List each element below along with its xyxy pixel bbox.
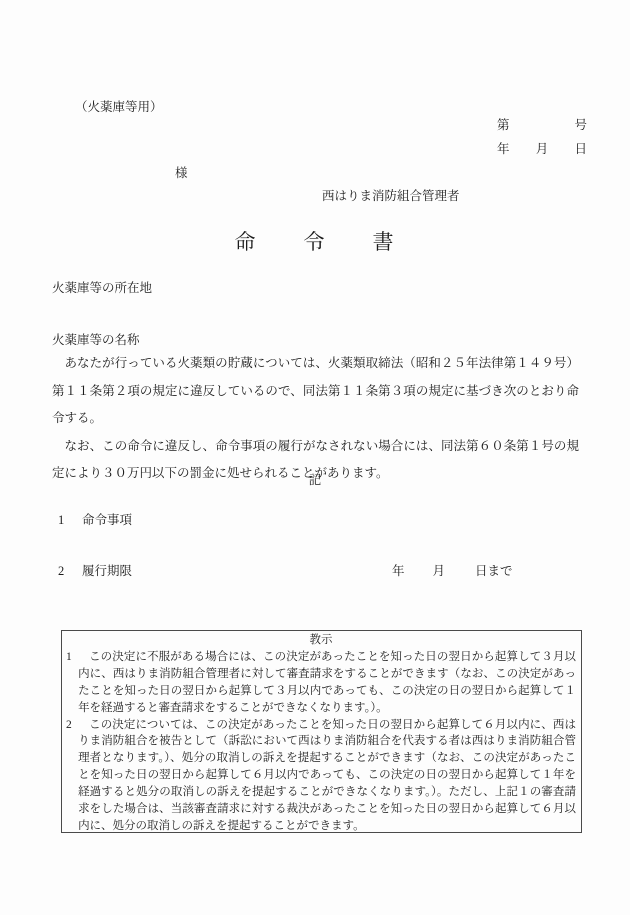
- kyoji-item-1-text: この決定に不服がある場合には、この決定があったことを知った日の翌日から起算して３…: [78, 651, 576, 714]
- order-item-2-number: 2: [58, 564, 82, 579]
- kyoji-instruction-box: 教示 1この決定に不服がある場合には、この決定があったことを知った日の翌日から起…: [61, 630, 582, 833]
- document-title: 命 令 書: [0, 226, 630, 256]
- order-document-page: （火薬庫等用） 第 号 年 月 日 様 西はりま消防組合管理者 命 令 書 火薬…: [0, 0, 630, 915]
- kyoji-item-2-text: この決定については、この決定があったことを知った日の翌日から起算して６月以内に、…: [78, 719, 576, 832]
- issue-date-day: 日: [574, 139, 587, 157]
- kyoji-item-2-number: 2: [66, 717, 78, 734]
- body-paragraph-1: あなたが行っている火薬類の貯蔵については、火薬類取締法（昭和２５年法律第１４９号…: [52, 350, 579, 433]
- order-item-1-number: 1: [58, 513, 82, 528]
- order-item-deadline: 2履行期限: [58, 561, 132, 579]
- deadline-date-line: 年月日まで: [392, 561, 513, 579]
- document-number-line: 第 号: [497, 115, 587, 133]
- order-item-1-label: 命令事項: [82, 513, 132, 527]
- issue-date-month: 月: [536, 139, 549, 157]
- kyoji-item-1: 1この決定に不服がある場合には、この決定があったことを知った日の翌日から起算して…: [66, 649, 576, 717]
- magazine-location-label: 火薬庫等の所在地: [52, 278, 152, 296]
- document-number-prefix: 第: [497, 115, 510, 133]
- issuer-name: 西はりま消防組合管理者: [322, 186, 460, 204]
- deadline-year: 年: [392, 564, 405, 578]
- deadline-day: 日まで: [475, 564, 513, 578]
- ki-separator: 記: [0, 470, 630, 488]
- deadline-month: 月: [433, 564, 446, 578]
- order-item-2-label: 履行期限: [82, 564, 132, 578]
- order-item-command: 1命令事項: [58, 510, 132, 528]
- kyoji-item-2: 2この決定については、この決定があったことを知った日の翌日から起算して６月以内に…: [66, 717, 576, 835]
- form-usage-note: （火薬庫等用）: [75, 97, 163, 115]
- issue-date-year: 年: [497, 139, 510, 157]
- kyoji-item-1-number: 1: [66, 649, 78, 666]
- issue-date-line: 年 月 日: [497, 139, 587, 157]
- addressee-honorific: 様: [175, 163, 188, 181]
- magazine-name-label: 火薬庫等の名称: [52, 330, 140, 348]
- kyoji-title: 教示: [66, 632, 576, 649]
- document-number-suffix: 号: [574, 115, 587, 133]
- order-body-text: あなたが行っている火薬類の貯蔵については、火薬類取締法（昭和２５年法律第１４９号…: [52, 350, 579, 488]
